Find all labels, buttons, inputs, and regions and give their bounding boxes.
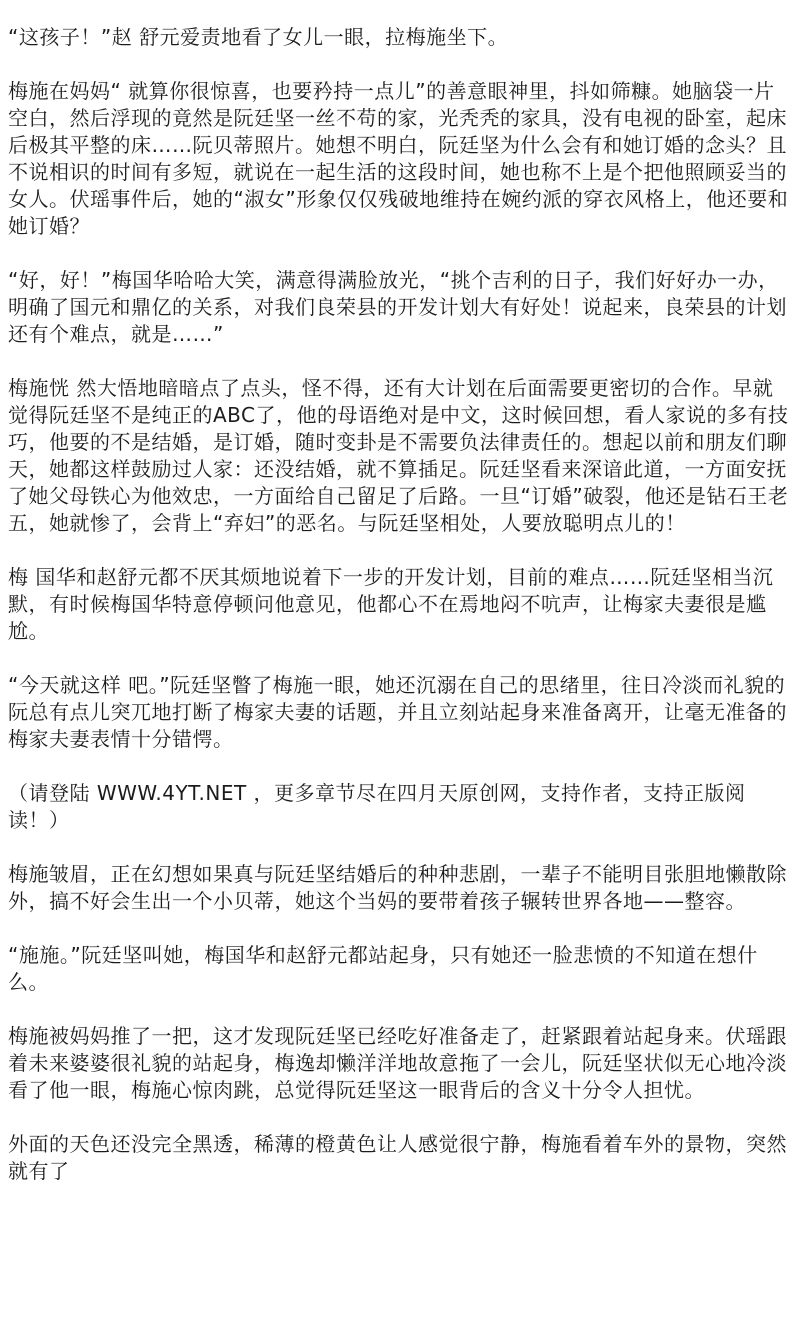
- paragraph: “好，好！”梅国华哈哈大笑，满意得满脸放光，“挑个吉利的日子，我们好好办一办，明…: [8, 267, 792, 348]
- paragraph: 梅施在妈妈“ 就算你很惊喜，也要矜持一点儿”的善意眼神里，抖如筛糠。她脑袋一片空…: [8, 78, 792, 240]
- paragraph: （请登陆 WWW.4YT.NET ，更多章节尽在四月天原创网，支持作者，支持正版…: [8, 780, 792, 834]
- paragraph: 梅施皱眉，正在幻想如果真与阮廷坚结婚后的种种悲剧，一辈子不能明目张胆地懒散除外，…: [8, 861, 792, 915]
- novel-page: “这孩子！”赵 舒元爱责地看了女儿一眼，拉梅施坐下。 梅施在妈妈“ 就算你很惊喜…: [0, 0, 800, 1324]
- paragraph: “这孩子！”赵 舒元爱责地看了女儿一眼，拉梅施坐下。: [8, 24, 792, 51]
- paragraph: “今天就这样 吧。”阮廷坚瞥了梅施一眼，她还沉溺在自己的思绪里，往日冷淡而礼貌的…: [8, 672, 792, 753]
- paragraph: 外面的天色还没完全黑透，稀薄的橙黄色让人感觉很宁静，梅施看着车外的景物，突然就有…: [8, 1131, 792, 1185]
- paragraph: “施施。”阮廷坚叫她，梅国华和赵舒元都站起身，只有她还一脸悲愤的不知道在想什么。: [8, 942, 792, 996]
- paragraph: 梅施被妈妈推了一把，这才发现阮廷坚已经吃好准备走了，赶紧跟着站起身来。伏瑶跟着未…: [8, 1023, 792, 1104]
- text-body: “这孩子！”赵 舒元爱责地看了女儿一眼，拉梅施坐下。 梅施在妈妈“ 就算你很惊喜…: [0, 0, 800, 1185]
- paragraph: 梅施恍 然大悟地暗暗点了点头，怪不得，还有大计划在后面需要更密切的合作。早就觉得…: [8, 375, 792, 537]
- paragraph: 梅 国华和赵舒元都不厌其烦地说着下一步的开发计划，目前的难点……阮廷坚相当沉默，…: [8, 564, 792, 645]
